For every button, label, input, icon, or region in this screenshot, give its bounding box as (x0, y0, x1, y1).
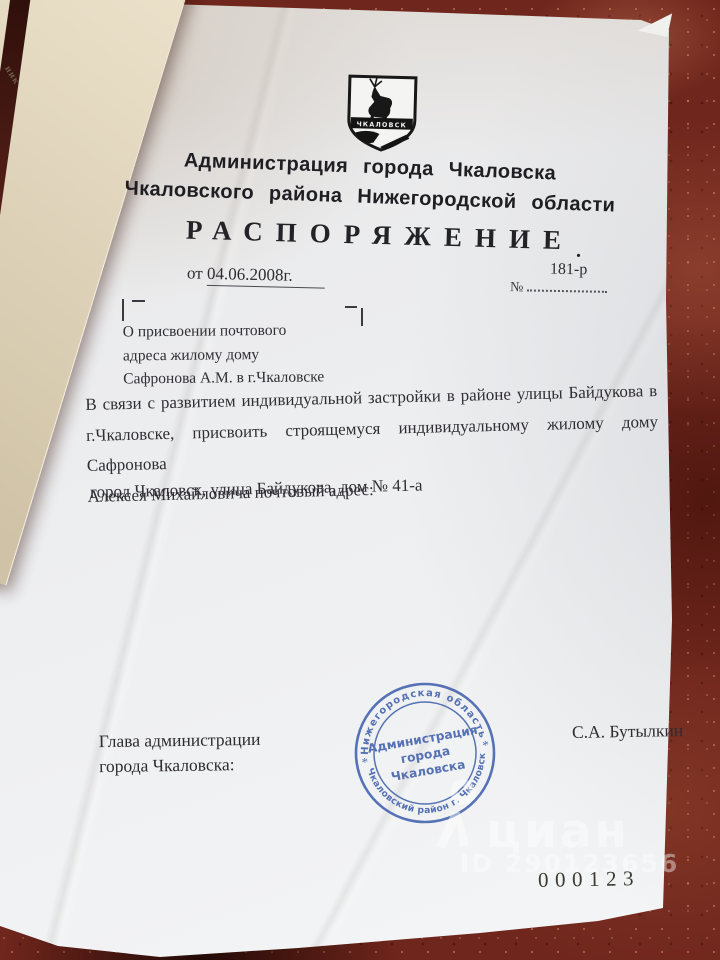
location-pin-icon (432, 772, 478, 852)
stamp-star-left: * (361, 754, 370, 770)
corner-mark-left-bar (122, 299, 124, 321)
signature-name: С.А. Бутылкин (572, 720, 684, 743)
date-prefix: от (187, 263, 203, 282)
signature-title-line: города Чкаловска: (99, 751, 261, 778)
photo-of-document: ник ЧКАЛОВСК Администрация города Чкалов… (0, 0, 720, 960)
number-field: № (510, 279, 608, 298)
date-value: 04.06.2008г. (207, 264, 325, 289)
signature-title: Глава администрации города Чкаловска: (99, 727, 261, 778)
stamp-star-right: * (481, 737, 490, 753)
document-date: от 04.06.2008г. (187, 263, 325, 286)
number-dotted-line (527, 279, 607, 292)
coat-of-arms-icon: ЧКАЛОВСК (341, 73, 423, 155)
corner-mark-left-dash (132, 300, 145, 302)
document-number: 181-р (550, 261, 588, 280)
subject-line: адреса жилому дому (123, 341, 403, 367)
emblem-banner-text: ЧКАЛОВСК (356, 120, 407, 129)
form-serial-number: 000123 (538, 866, 640, 893)
round-stamp: Нижегородская область Чкаловский район г… (340, 668, 509, 837)
subject-line: О присвоении почтового (123, 318, 403, 344)
title-period: . (576, 240, 581, 263)
number-label: № (510, 280, 524, 295)
document-content: ЧКАЛОВСК Администрация города Чкаловска … (0, 0, 720, 960)
subject-block: О присвоении почтового адреса жилому дом… (123, 318, 404, 391)
signature-title-line: Глава администрации (99, 727, 261, 754)
document-type-title: РАСПОРЯЖЕНИЕ (160, 214, 601, 257)
corner-mark-right-dash (345, 306, 357, 308)
